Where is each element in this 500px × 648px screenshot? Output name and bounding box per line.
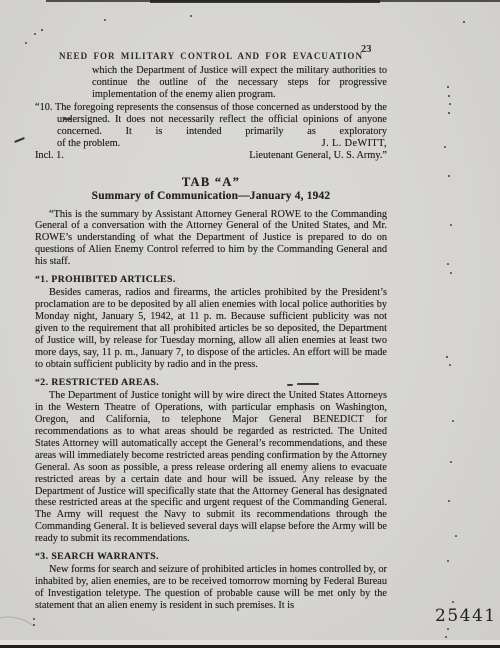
- page-header: NEED FOR MILITARY CONTROL AND FOR EVACUA…: [35, 51, 387, 61]
- scan-speck: [449, 364, 451, 366]
- scan-speck: [190, 15, 192, 17]
- running-head-title: NEED FOR MILITARY CONTROL AND FOR EVACUA…: [35, 51, 387, 61]
- signature-row: Incl. 1. Lieutenant General, U. S. Army.…: [35, 150, 387, 162]
- section-search-warrants: “3. SEARCH WARRANTS. New forms for searc…: [35, 551, 387, 612]
- scan-speck: [444, 146, 446, 148]
- scan-speck: [34, 33, 36, 35]
- scan-speck: [447, 263, 449, 265]
- scan-speck: [455, 535, 457, 537]
- scan-speck: [104, 19, 106, 21]
- scan-speck: [452, 601, 454, 603]
- scan-speck: [343, 592, 345, 594]
- section-body: The Department of Justice tonight will b…: [35, 390, 387, 545]
- scan-speck: [447, 86, 449, 88]
- scan-speck: [450, 461, 452, 463]
- scan-speck: [445, 636, 447, 638]
- section-restricted-areas: “2. RESTRICTED AREAS. The Department of …: [35, 377, 387, 545]
- section-heading: “3. SEARCH WARRANTS.: [35, 551, 387, 563]
- scan-speck: [450, 224, 452, 226]
- section-heading: “1. PROHIBITED ARTICLES.: [35, 274, 387, 286]
- scan-speck: [448, 175, 450, 177]
- tab-a-intro-paragraph: “This is the summary by Assistant Attorn…: [35, 209, 387, 269]
- scan-speck: [450, 272, 452, 274]
- memo-item-10-last-line: of the problem. J. L. DeWITT,: [35, 138, 387, 150]
- tab-a-title: TAB “A”: [35, 177, 387, 189]
- scan-speck: [449, 103, 451, 105]
- section-body: Besides cameras, radios and firearms, th…: [35, 287, 387, 371]
- scan-speck: [448, 95, 450, 97]
- enclosure-note: Incl. 1.: [35, 150, 64, 162]
- scan-speck: [33, 618, 35, 620]
- section-heading: “2. RESTRICTED AREAS.: [35, 377, 387, 389]
- memo-item-10: “10. The foregoing represents the consen…: [35, 102, 387, 138]
- section-body: New forms for search and seizure of proh…: [35, 564, 387, 612]
- pen-tick-mark: [14, 137, 25, 143]
- scan-speck: [448, 500, 450, 502]
- scan-speck: [452, 420, 454, 422]
- scan-speck: [41, 29, 43, 31]
- scan-speck: [447, 560, 449, 562]
- paragraph-continuation: which the Department of Justice will exp…: [92, 65, 387, 101]
- scan-speck: [447, 628, 449, 630]
- pen-dash-mark: [287, 384, 293, 386]
- scan-speck: [446, 356, 448, 358]
- signature-title: Lieutenant General, U. S. Army.”: [249, 150, 387, 162]
- scan-speck: [25, 42, 27, 44]
- scan-speck: [448, 112, 450, 114]
- archive-stamp-number: 25441: [435, 606, 497, 626]
- pen-dash-mark: [297, 383, 319, 385]
- scan-speck: [463, 21, 465, 23]
- scan-speck: [33, 624, 35, 626]
- text-column: which the Department of Justice will exp…: [35, 65, 387, 612]
- scan-speck: [310, 57, 312, 59]
- scan-edge-top-dark: [150, 0, 380, 3]
- pen-dash-mark: [63, 118, 72, 120]
- item-10-closing-text: of the problem.: [35, 138, 120, 150]
- scanned-document-page: { "document": { "header": { "title": "NE…: [0, 0, 500, 648]
- tab-a-subtitle: Summary of Communication—January 4, 1942: [35, 191, 387, 203]
- page-number: 23: [361, 44, 372, 55]
- section-prohibited-articles: “1. PROHIBITED ARTICLES. Besides cameras…: [35, 274, 387, 371]
- signature-name: J. L. DeWITT,: [322, 138, 387, 150]
